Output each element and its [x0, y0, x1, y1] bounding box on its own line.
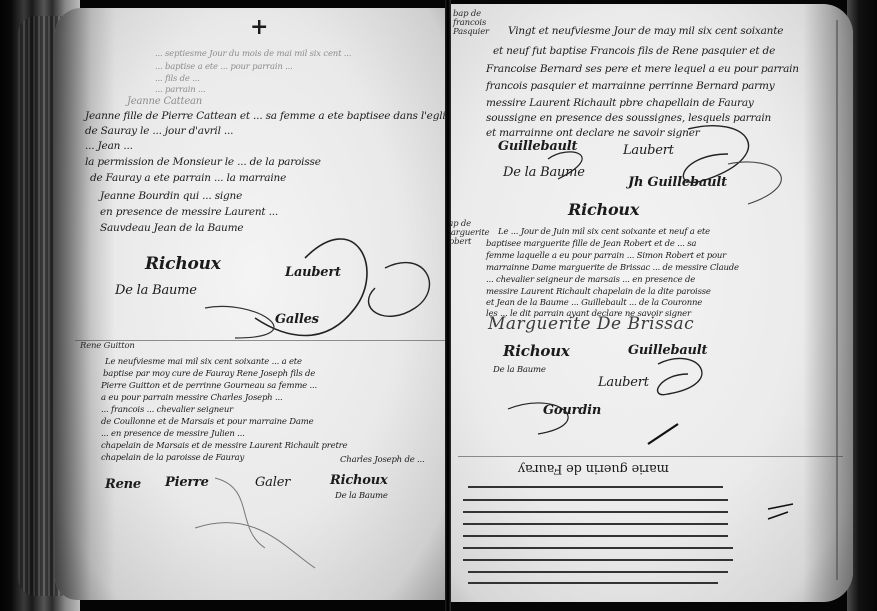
entry-line: Le neufviesme mai mil six cent soixante … [105, 358, 302, 367]
faded-line: ... baptise a ete ... pour parrain ... [155, 63, 293, 72]
entry-line: de Sauray le ... jour d'avril ... [85, 126, 233, 137]
entry-line: et marrainne ont declare ne savoir signe… [486, 128, 700, 139]
book-gutter [445, 0, 451, 611]
entry-line: baptisee marguerite fille de Jean Robert… [486, 240, 696, 249]
signature: Gourdin [543, 404, 601, 417]
entry-line: ... Jean ... [85, 141, 133, 152]
entry-line: et Jean de la Baume ... Guillebault ... … [486, 299, 702, 308]
margin-note: Rene Guitton [80, 342, 135, 351]
entry-line: francois pasquier et marrainne perrinne … [486, 81, 774, 92]
register-scan: + ... septiesme Jour du mois de mai mil … [0, 0, 877, 611]
entry-line: Pierre Guitton et de perrinne Gourneau s… [101, 382, 317, 391]
entry-line: messire Laurent Richault pbre chapellain… [486, 98, 754, 109]
signature: Guillebault [498, 140, 577, 153]
signature: De la Baume [493, 366, 546, 375]
signature-flourishes [55, 8, 450, 600]
signature: De la Baume [335, 492, 388, 501]
entry-line: de Coullonne et de Marsais et pour marra… [101, 418, 313, 427]
entry-line: et neuf fut baptise Francois fils de Ren… [493, 46, 775, 57]
page-edge [836, 20, 838, 580]
left-page: + ... septiesme Jour du mois de mai mil … [55, 8, 450, 600]
signature: Richoux [330, 474, 388, 487]
entry-line: messire Laurent Richault chapelain de la… [486, 288, 711, 297]
entry-line: baptise par moy cure de Fauray Rene Jose… [103, 370, 315, 379]
signature: Richoux [568, 202, 639, 218]
faded-line: ... parrain ... [155, 86, 206, 95]
signature: De la Baume [503, 166, 585, 179]
signature: Pierre [165, 476, 209, 489]
entry-line: Jeanne Bourdin qui ... signe [100, 191, 242, 202]
entry-line: femme laquelle a eu pour parrain ... Sim… [486, 252, 726, 261]
entry-divider [458, 456, 843, 457]
entry-line: en presence de messire Laurent ... [100, 207, 278, 218]
signature: De la Baume [115, 284, 197, 297]
entry-line: a eu pour parrain messire Charles Joseph… [101, 394, 282, 403]
signature: Laubert [598, 376, 649, 389]
cross-mark: + [250, 16, 268, 38]
entry-line: ... en presence de messire Julien ... [101, 430, 245, 439]
entry-line: soussigne en presence des soussignes, le… [486, 113, 771, 124]
entry-line: marrainne Dame marguerite de Brissac ...… [486, 264, 739, 273]
signature: Laubert [285, 266, 341, 279]
entry-line: Francoise Bernard ses pere et mere leque… [486, 64, 799, 75]
faded-line: ... fils de ... [155, 75, 200, 84]
signature: Galer [255, 476, 290, 489]
entry-line: Sauvdeau Jean de la Baume [100, 223, 243, 234]
signature: Galles [275, 313, 319, 326]
entry-line: Jeanne fille de Pierre Cattean et ... sa… [85, 111, 450, 122]
signature: Laubert [623, 144, 674, 157]
signature: Richoux [503, 344, 570, 359]
signature-marguerite-de-brissac: Marguerite De Brissac [488, 316, 694, 333]
entry-line: ... chevalier seigneur de marsais ... en… [486, 276, 695, 285]
signature: Charles Joseph de ... [340, 456, 425, 465]
entry-line: de Fauray a ete parrain ... la marraine [90, 173, 286, 184]
signature: Jh Guillebault [628, 176, 727, 189]
signature: Rene [105, 478, 141, 491]
entry-name-heading: Jeanne Cattean [127, 97, 202, 107]
right-page: bap de francois Pasquier Vingt et neufvi… [448, 4, 853, 602]
entry-line: la permission de Monsieur le ... de la p… [85, 157, 321, 168]
entry-line: ... francois ... chevalier seigneur [101, 406, 233, 415]
signature: Richoux [145, 256, 221, 273]
entry-line: chapelain de la paroisse de Fauray [101, 454, 244, 463]
signature: Guillebault [628, 344, 707, 357]
upside-down-heading: marie guerin de Fauray [518, 462, 669, 475]
faded-line: ... septiesme Jour du mois de mai mil si… [155, 50, 351, 59]
entry-line: chapelain de Marsais et de messire Laure… [101, 442, 347, 451]
entry-line: Vingt et neufviesme Jour de may mil six … [508, 26, 783, 37]
margin-note: bap de francois Pasquier [453, 10, 493, 37]
entry-line: Le ... Jour de Juin mil six cent soixant… [498, 228, 710, 237]
